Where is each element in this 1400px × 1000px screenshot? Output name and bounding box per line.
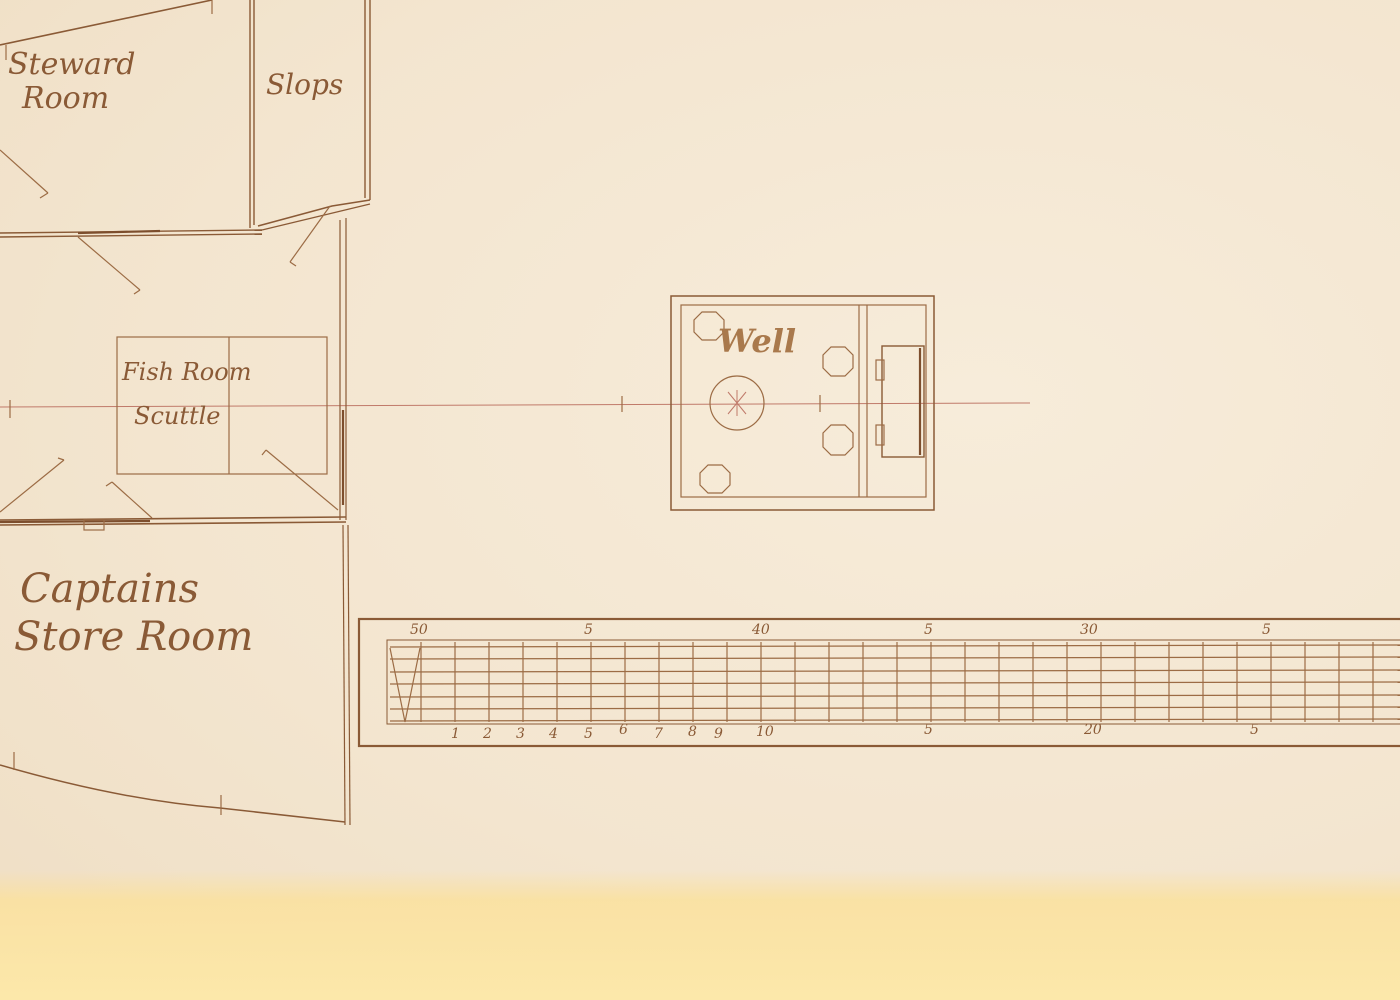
fish-room-scuttle-label: Fish Room Scuttle	[122, 350, 251, 438]
slops-outline	[258, 0, 370, 226]
scale-bottom-label: 2	[483, 726, 492, 742]
scale-bottom-label: 3	[516, 726, 525, 742]
scuttle-label-line2: Scuttle	[122, 394, 251, 438]
scale-bottom-label: 1	[451, 726, 460, 742]
captains-label-line1: Captains	[14, 565, 253, 613]
scale-top-label: 40	[752, 622, 770, 638]
scale-top-label: 5	[1262, 622, 1271, 638]
scale-bottom-label: 10	[756, 724, 774, 740]
scale-bottom-label: 8	[688, 724, 697, 740]
scale-bottom-label: 5	[924, 722, 933, 738]
scale-bottom-label: 9	[714, 726, 723, 742]
scale-top-label: 5	[584, 622, 593, 638]
well-label: Well	[718, 322, 796, 360]
fish-room-label-line1: Fish Room	[122, 350, 251, 394]
steward-room-label: Steward Room	[8, 48, 135, 116]
store-room-label-line2: Store Room	[14, 613, 253, 661]
well-outline	[671, 296, 934, 510]
scale-top-label: 5	[924, 622, 933, 638]
scale-bottom-label: 7	[654, 726, 663, 742]
scale-top-label: 50	[410, 622, 428, 638]
captains-store-room-label: Captains Store Room	[14, 565, 253, 661]
scale-bottom-label: 5	[1250, 722, 1259, 738]
scale-bottom-label: 4	[549, 726, 558, 742]
deck-plan-drawing	[0, 0, 1400, 1000]
steward-room-label-line1: Steward	[8, 48, 135, 82]
scale-top-label: 30	[1080, 622, 1098, 638]
bulkhead-lower	[0, 517, 346, 530]
slops-label: Slops	[266, 68, 343, 101]
scale-bottom-label: 5	[584, 726, 593, 742]
scale-bottom-label: 20	[1084, 722, 1102, 738]
scale-bottom-label: 6	[619, 722, 628, 738]
steward-room-label-line2: Room	[8, 82, 135, 116]
